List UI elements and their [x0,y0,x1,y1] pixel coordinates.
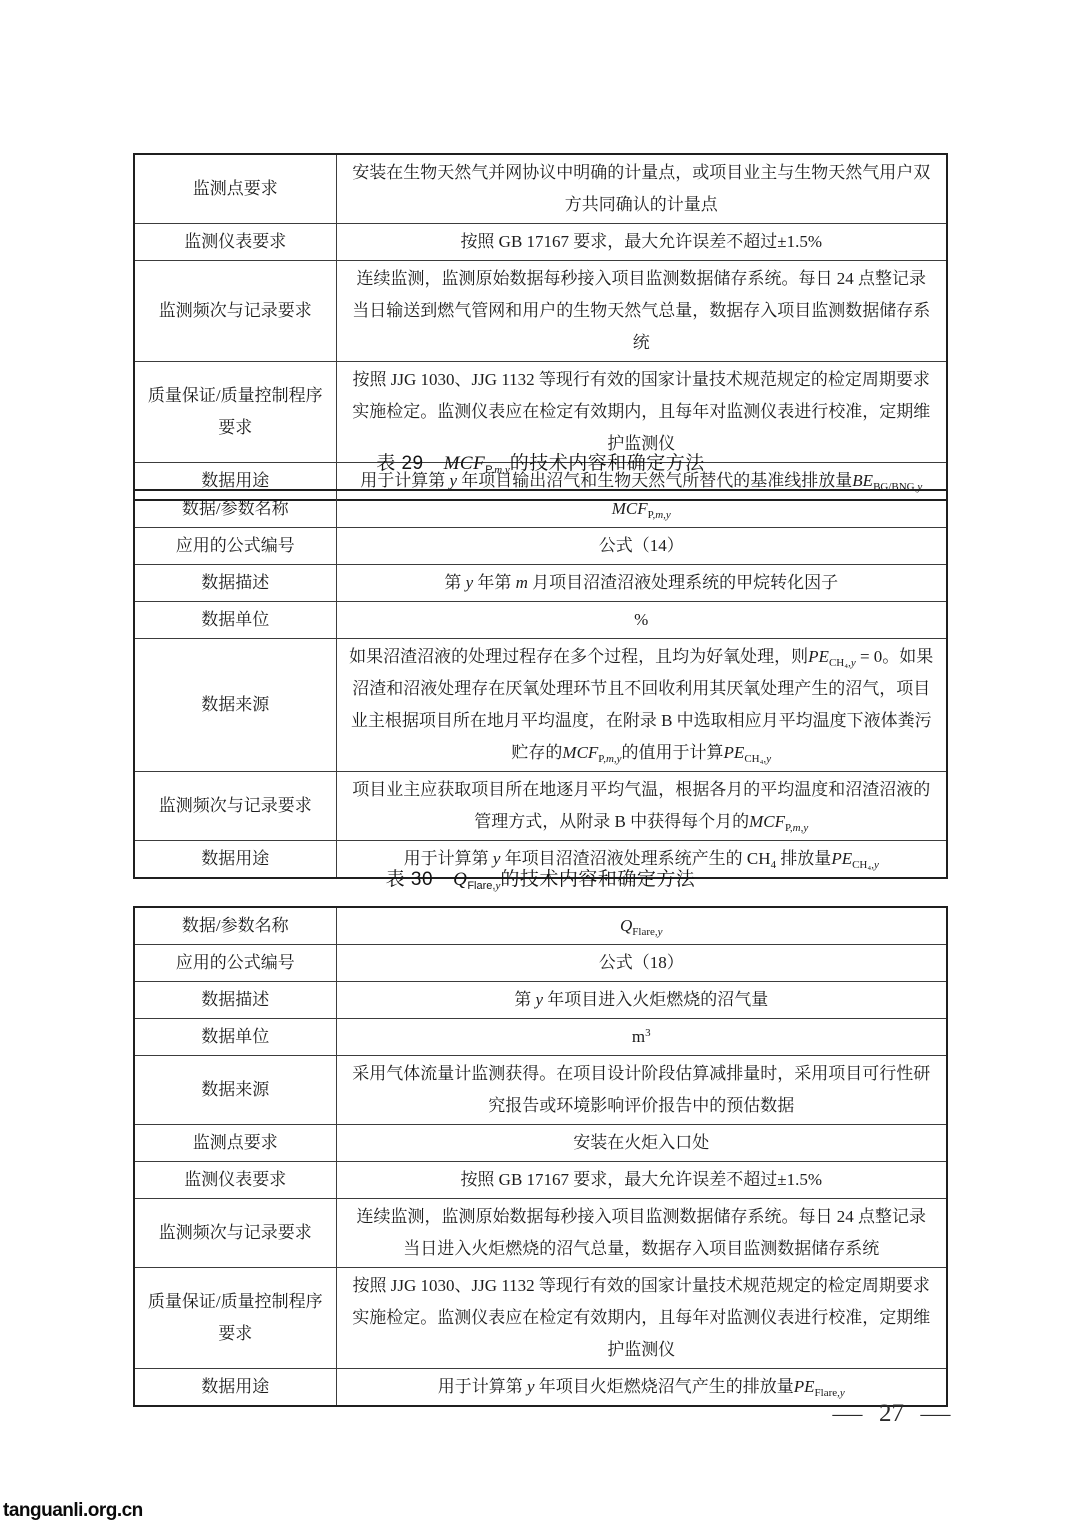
document-page: { "table_continuation": { "rows": [ { "l… [0,0,1080,1528]
row-content-cell: 连续监测，监测原始数据每秒接入项目监测数据储存系统。每日 24 点整记录当日进入… [336,1199,947,1268]
row-content-cell: 采用气体流量计监测获得。在项目设计阶段估算减排量时，采用项目可行性研究报告或环境… [336,1056,947,1125]
table-row: 监测仪表要求 按照 GB 17167 要求，最大允许误差不超过±1.5% [134,224,947,261]
row-label-cell: 数据用途 [134,1369,336,1407]
row-label-cell: 监测频次与记录要求 [134,1199,336,1268]
page-number-value: 27 [879,1400,904,1428]
row-label-cell: 应用的公式编号 [134,945,336,982]
table-row: 数据单位 % [134,602,947,639]
table-row: 监测仪表要求 按照 GB 17167 要求，最大允许误差不超过±1.5% [134,1162,947,1199]
row-label-cell: 数据来源 [134,1056,336,1125]
row-label-cell: 数据描述 [134,565,336,602]
row-content-cell: 连续监测，监测原始数据每秒接入项目监测数据储存系统。每日 24 点整记录当日输送… [336,261,947,362]
row-label-cell: 质量保证/质量控制程序 要求 [134,1268,336,1369]
row-label-cell: 监测点要求 [134,1125,336,1162]
table-row: 数据用途 用于计算第 y 年项目火炬燃烧沼气产生的排放量PEFlare,y [134,1369,947,1407]
table-29-caption-number: 表 29 [376,453,423,474]
row-label-cell: 监测仪表要求 [134,1162,336,1199]
row-content-cell: 公式（14） [336,528,947,565]
table-row: 数据单位 m3 [134,1019,947,1056]
row-label-cell: 监测点要求 [134,154,336,224]
row-content-cell: 项目业主应获取项目所在地逐月平均气温，根据各月的平均温度和沼渣沼液的管理方式，从… [336,772,947,841]
row-content-cell: 按照 GB 17167 要求，最大允许误差不超过±1.5% [336,224,947,261]
row-content-cell: % [336,602,947,639]
row-content-cell: 安装在火炬入口处 [336,1125,947,1162]
row-label-cell: 数据单位 [134,1019,336,1056]
row-content-cell: 按照 JJG 1030、JJG 1132 等现行有效的国家计量技术规范规定的检定… [336,1268,947,1369]
table-29-caption-text: 的技术内容和确定方法 [510,453,705,474]
row-content-cell: 按照 GB 17167 要求，最大允许误差不超过±1.5% [336,1162,947,1199]
row-label-cell: 监测频次与记录要求 [134,261,336,362]
table-row: 数据/参数名称 MCFP,m,y [134,490,947,528]
table-row: 监测点要求 安装在生物天然气并网协议中明确的计量点，或项目业主与生物天然气用户双… [134,154,947,224]
table-row: 数据来源 采用气体流量计监测获得。在项目设计阶段估算减排量时，采用项目可行性研究… [134,1056,947,1125]
table-30: 数据/参数名称 QFlare,y 应用的公式编号 公式（18） 数据描述 第 y… [133,906,948,1407]
row-label-cell: 应用的公式编号 [134,528,336,565]
row-content-cell: 公式（18） [336,945,947,982]
table-29-caption-formula: MCFP,m,y [444,453,510,474]
row-label-cell: 数据/参数名称 [134,490,336,528]
table-30-caption-text: 的技术内容和确定方法 [500,869,695,890]
table-row: 监测频次与记录要求 连续监测，监测原始数据每秒接入项目监测数据储存系统。每日 2… [134,261,947,362]
page-number-left-dash: — [833,1401,863,1427]
table-29: 数据/参数名称 MCFP,m,y 应用的公式编号 公式（14） 数据描述 第 y… [133,489,948,879]
table-row: 数据描述 第 y 年第 m 月项目沼渣沼液处理系统的甲烷转化因子 [134,565,947,602]
row-content-cell: 第 y 年项目进入火炬燃烧的沼气量 [336,982,947,1019]
table-row: 应用的公式编号 公式（14） [134,528,947,565]
table-row: 监测频次与记录要求 连续监测，监测原始数据每秒接入项目监测数据储存系统。每日 2… [134,1199,947,1268]
row-label-cell: 监测频次与记录要求 [134,772,336,841]
row-label-cell: 数据单位 [134,602,336,639]
table-row: 应用的公式编号 公式（18） [134,945,947,982]
row-label-cell: 监测仪表要求 [134,224,336,261]
table-30-caption-formula: QFlare,y [453,869,500,890]
table-29-caption: 表 29MCFP,m,y的技术内容和确定方法 [133,448,948,475]
row-label-cell: 数据来源 [134,639,336,772]
table-row: 数据描述 第 y 年项目进入火炬燃烧的沼气量 [134,982,947,1019]
page-number-right-dash: — [921,1401,951,1427]
page-number: — 27 — [836,1400,947,1428]
table-30-caption: 表 30QFlare,y的技术内容和确定方法 [133,864,948,891]
table-row: 质量保证/质量控制程序 要求 按照 JJG 1030、JJG 1132 等现行有… [134,1268,947,1369]
watermark-text: tanguanli.org.cn [3,1500,143,1522]
table-row: 数据来源 如果沼渣沼液的处理过程存在多个过程，且均为好氧处理，则PECH₄,y … [134,639,947,772]
row-content-cell: 安装在生物天然气并网协议中明确的计量点，或项目业主与生物天然气用户双方共同确认的… [336,154,947,224]
row-content-cell: m3 [336,1019,947,1056]
row-content-cell: 如果沼渣沼液的处理过程存在多个过程，且均为好氧处理，则PECH₄,y = 0。如… [336,639,947,772]
row-label-cell: 数据描述 [134,982,336,1019]
row-content-cell: MCFP,m,y [336,490,947,528]
row-content-cell: QFlare,y [336,907,947,945]
table-row: 监测点要求 安装在火炬入口处 [134,1125,947,1162]
row-content-cell: 第 y 年第 m 月项目沼渣沼液处理系统的甲烷转化因子 [336,565,947,602]
table-30-caption-number: 表 30 [386,869,433,890]
row-label-cell: 数据/参数名称 [134,907,336,945]
table-row: 数据/参数名称 QFlare,y [134,907,947,945]
table-row: 监测频次与记录要求 项目业主应获取项目所在地逐月平均气温，根据各月的平均温度和沼… [134,772,947,841]
